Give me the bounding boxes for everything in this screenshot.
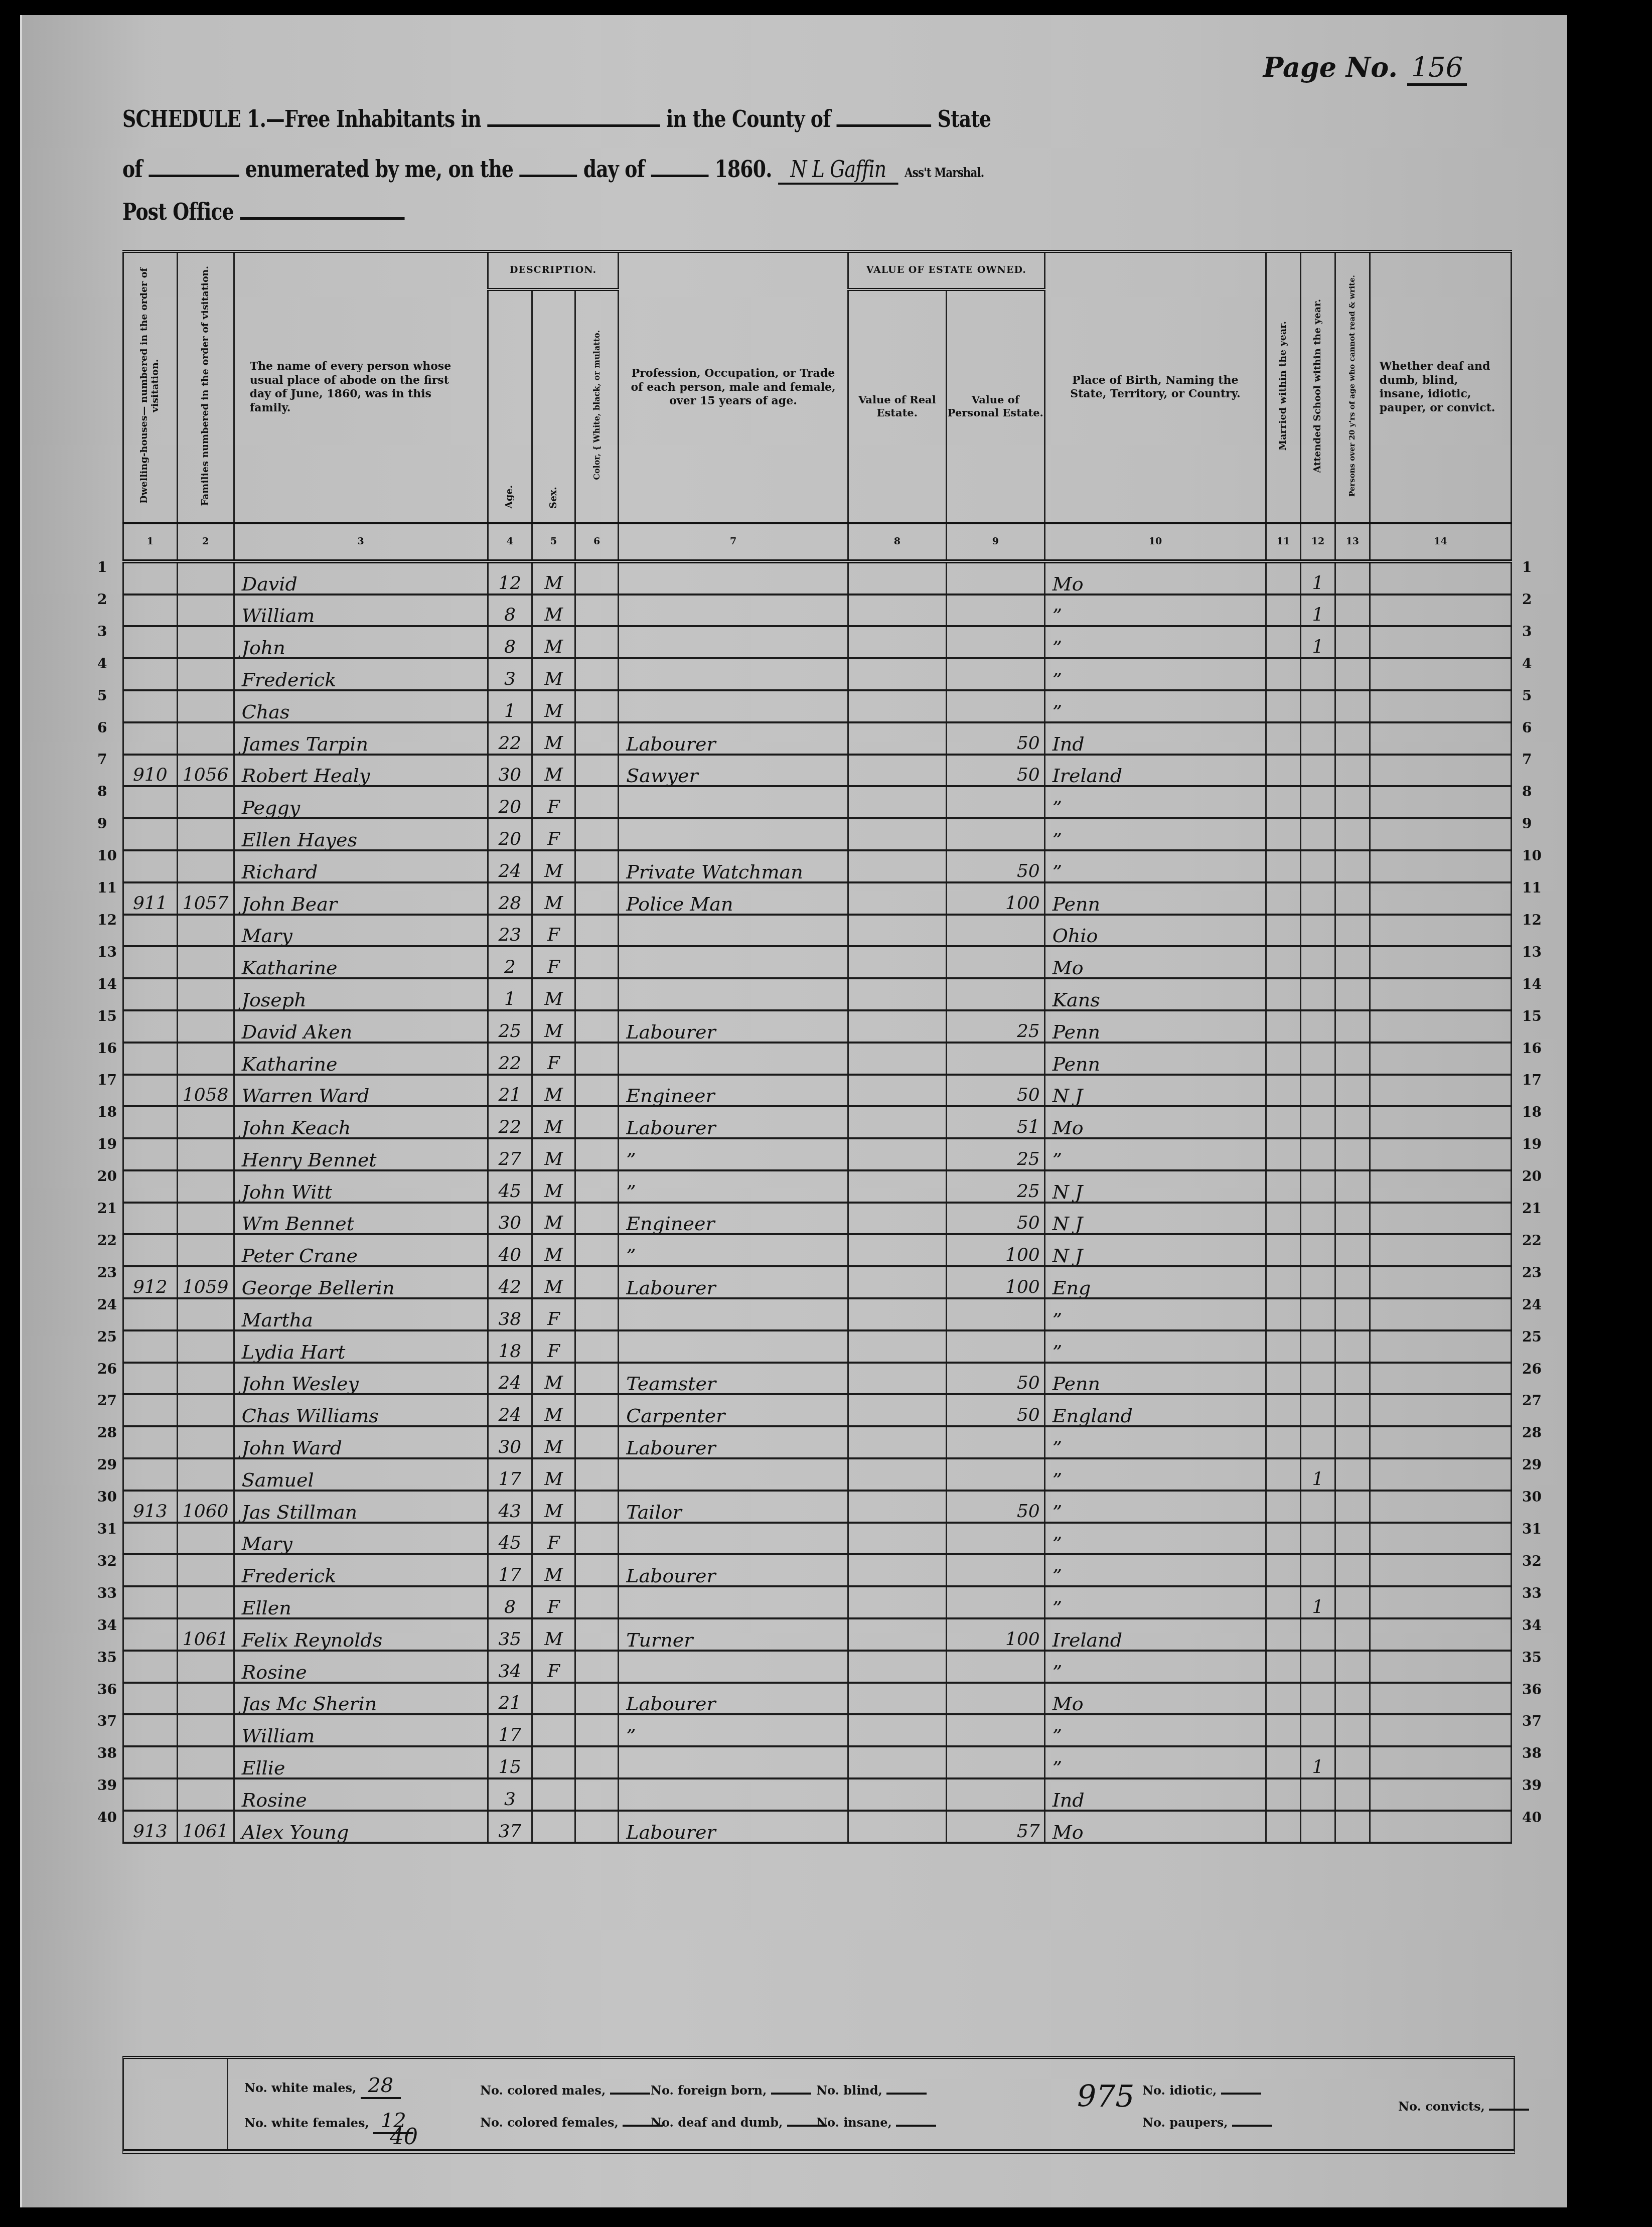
age: 17: [488, 1458, 532, 1491]
age: 27: [488, 1138, 532, 1170]
table-row: John Wesley24MTeamster50Penn: [123, 1363, 1512, 1395]
color: [575, 1618, 619, 1651]
row-number-right: 21: [1522, 1200, 1542, 1217]
person-name: John Bear: [234, 882, 488, 915]
total-persons-tally: 40: [390, 2124, 418, 2150]
personal-estate-value: 50: [946, 722, 1044, 755]
row-number-left: 37: [97, 1713, 117, 1729]
married-within-year: [1266, 1106, 1301, 1138]
condition: [1370, 1043, 1511, 1075]
row-number-right: 32: [1522, 1553, 1542, 1569]
row-number-left: 29: [97, 1456, 117, 1473]
family-number: 1060: [177, 1491, 234, 1523]
occupation: Labourer: [619, 1266, 848, 1298]
cannot-read-write: [1335, 1138, 1370, 1170]
real-estate-value: [848, 1458, 946, 1491]
family-number: [177, 1170, 234, 1203]
birthplace: ”: [1044, 1651, 1266, 1683]
birthplace: Penn: [1044, 1043, 1266, 1075]
age: 1: [488, 690, 532, 722]
person-name: Frederick: [234, 1554, 488, 1586]
married-within-year: [1266, 1298, 1301, 1330]
sex: F: [532, 1651, 575, 1683]
person-name: Katharine: [234, 946, 488, 978]
condition: [1370, 1106, 1511, 1138]
married-within-year: [1266, 1203, 1301, 1235]
married-within-year: [1266, 1778, 1301, 1811]
attended-school: [1301, 1618, 1335, 1651]
row-number-right: 38: [1522, 1745, 1542, 1761]
sex: M: [532, 1075, 575, 1107]
dwelling-number: 911: [123, 882, 178, 915]
sex: M: [532, 1491, 575, 1523]
occupation: Labourer: [619, 1811, 848, 1843]
row-number-left: 22: [97, 1232, 117, 1249]
color: [575, 1426, 619, 1458]
occupation: [619, 1330, 848, 1363]
condition: [1370, 755, 1511, 787]
color: [575, 1523, 619, 1555]
age: 34: [488, 1651, 532, 1683]
birthplace: N J: [1044, 1170, 1266, 1203]
col-header-family: Families numbered in the order of visita…: [177, 251, 234, 523]
married-within-year: [1266, 946, 1301, 978]
row-number-right: 30: [1522, 1489, 1542, 1505]
age: 30: [488, 1203, 532, 1235]
cannot-read-write: [1335, 561, 1370, 595]
age: 2: [488, 946, 532, 978]
age: 30: [488, 755, 532, 787]
table-row: William8M”1: [123, 595, 1512, 627]
sex: M: [532, 1266, 575, 1298]
dwelling-number: [123, 1523, 178, 1555]
family-number: 1061: [177, 1811, 234, 1843]
col-num-10: 10: [1044, 523, 1266, 561]
condition: [1370, 1554, 1511, 1586]
cannot-read-write: [1335, 1010, 1370, 1043]
sex: M: [532, 1394, 575, 1426]
deaf-dumb-count: No. deaf and dumb,: [651, 2115, 827, 2130]
condition: [1370, 1394, 1511, 1426]
row-number-left: 39: [97, 1777, 117, 1794]
person-name: Frederick: [234, 658, 488, 690]
sex: [532, 1683, 575, 1715]
real-estate-value: [848, 626, 946, 658]
col-num-8: 8: [848, 523, 946, 561]
married-within-year: [1266, 1811, 1301, 1843]
real-estate-value: [848, 1106, 946, 1138]
personal-estate-value: [946, 595, 1044, 627]
occupation: [619, 1778, 848, 1811]
family-number: [177, 1426, 234, 1458]
age: 22: [488, 722, 532, 755]
col-header-illiterate: Persons over 20 y'rs of age who cannot r…: [1335, 251, 1370, 523]
married-within-year: [1266, 850, 1301, 882]
row-number-left: 34: [97, 1617, 117, 1634]
married-within-year: [1266, 1010, 1301, 1043]
condition: [1370, 1010, 1511, 1043]
row-number-right: 7: [1522, 751, 1532, 768]
white-males-value: 28: [361, 2074, 401, 2099]
row-number-left: 17: [97, 1072, 117, 1088]
birthplace: ”: [1044, 626, 1266, 658]
married-within-year: [1266, 658, 1301, 690]
table-row: Frederick3M”: [123, 658, 1512, 690]
col-num-2: 2: [177, 523, 234, 561]
personal-estate-value: 100: [946, 882, 1044, 915]
occupation: [619, 915, 848, 947]
occupation: [619, 1651, 848, 1683]
occupation: [619, 1523, 848, 1555]
condition: [1370, 1586, 1511, 1618]
row-number-left: 11: [97, 879, 117, 896]
color: [575, 850, 619, 882]
personal-estate-value: 50: [946, 850, 1044, 882]
color: [575, 818, 619, 850]
sex: [532, 1778, 575, 1811]
table-row: 9131061Alex Young37Labourer57Mo: [123, 1811, 1512, 1843]
age: 30: [488, 1426, 532, 1458]
attended-school: [1301, 1298, 1335, 1330]
condition: [1370, 1746, 1511, 1778]
family-number: 1057: [177, 882, 234, 915]
attended-school: [1301, 1778, 1335, 1811]
married-within-year: [1266, 786, 1301, 818]
row-number-right: 14: [1522, 976, 1542, 992]
cannot-read-write: [1335, 882, 1370, 915]
row-number-left: 2: [97, 591, 107, 608]
married-within-year: [1266, 1138, 1301, 1170]
married-within-year: [1266, 1618, 1301, 1651]
cannot-read-write: [1335, 1811, 1370, 1843]
table-row: 9111057John Bear28MPolice Man100Penn: [123, 882, 1512, 915]
row-number-left: 12: [97, 912, 117, 928]
cannot-read-write: [1335, 755, 1370, 787]
attended-school: [1301, 882, 1335, 915]
real-estate-value: [848, 690, 946, 722]
personal-estate-value: [946, 1651, 1044, 1683]
age: 15: [488, 1746, 532, 1778]
row-number-right: 11: [1522, 879, 1542, 896]
personal-estate-value: [946, 1746, 1044, 1778]
census-page: Page No. 156 SCHEDULE 1.—Free Inhabitant…: [20, 15, 1567, 2207]
sex: F: [532, 1523, 575, 1555]
dwelling-number: [123, 658, 178, 690]
condition: [1370, 595, 1511, 627]
married-within-year: [1266, 1458, 1301, 1491]
age: 45: [488, 1523, 532, 1555]
occupation: Police Man: [619, 882, 848, 915]
occupation: ”: [619, 1234, 848, 1266]
personal-estate-value: 50: [946, 755, 1044, 787]
condition: [1370, 1138, 1511, 1170]
age: 1: [488, 978, 532, 1010]
table-row: Rosine34F”: [123, 1651, 1512, 1683]
dwelling-number: [123, 1746, 178, 1778]
birthplace: Mo: [1044, 1106, 1266, 1138]
age: 43: [488, 1491, 532, 1523]
condition: [1370, 1234, 1511, 1266]
dwelling-number: [123, 1586, 178, 1618]
dwelling-number: 910: [123, 755, 178, 787]
dwelling-number: 912: [123, 1266, 178, 1298]
row-number-right: 10: [1522, 847, 1542, 864]
married-within-year: [1266, 1330, 1301, 1363]
cannot-read-write: [1335, 1618, 1370, 1651]
column-number-row: 1 2 3 4 5 6 7 8 9 10 11 12 13 14: [123, 523, 1512, 561]
cannot-read-write: [1335, 1394, 1370, 1426]
married-within-year: [1266, 1075, 1301, 1107]
summary-footer: No. white males, 28 No. white females, 1…: [122, 2056, 1515, 2154]
age: 35: [488, 1618, 532, 1651]
row-number-right: 5: [1522, 687, 1532, 704]
birthplace: ”: [1044, 850, 1266, 882]
dwelling-number: [123, 1651, 178, 1683]
family-number: [177, 1683, 234, 1715]
family-number: [177, 1330, 234, 1363]
cannot-read-write: [1335, 850, 1370, 882]
birthplace: ”: [1044, 818, 1266, 850]
sex: M: [532, 690, 575, 722]
married-within-year: [1266, 1523, 1301, 1555]
person-name: Wm Bennet: [234, 1203, 488, 1235]
personal-estate-value: [946, 561, 1044, 595]
real-estate-value: [848, 1426, 946, 1458]
real-estate-value: [848, 1523, 946, 1555]
row-number-left: 4: [97, 655, 107, 672]
occupation: Labourer: [619, 1426, 848, 1458]
color: [575, 946, 619, 978]
cannot-read-write: [1335, 1746, 1370, 1778]
family-number: [177, 1234, 234, 1266]
header-line-1: SCHEDULE 1.—Free Inhabitants in in the C…: [122, 105, 991, 132]
real-estate-value: [848, 1618, 946, 1651]
cannot-read-write: [1335, 1106, 1370, 1138]
row-number-right: 29: [1522, 1456, 1542, 1473]
personal-estate-value: 25: [946, 1170, 1044, 1203]
birthplace: N J: [1044, 1075, 1266, 1107]
personal-estate-value: [946, 658, 1044, 690]
birthplace: Ind: [1044, 1778, 1266, 1811]
table-row: Chas1M”: [123, 690, 1512, 722]
sex: M: [532, 1618, 575, 1651]
attended-school: [1301, 690, 1335, 722]
condition: [1370, 1651, 1511, 1683]
color: [575, 1394, 619, 1426]
occupation: Carpenter: [619, 1394, 848, 1426]
col-num-1: 1: [123, 523, 178, 561]
personal-estate-value: [946, 1523, 1044, 1555]
person-name: Warren Ward: [234, 1075, 488, 1107]
family-number: [177, 786, 234, 818]
condition: [1370, 786, 1511, 818]
color: [575, 1170, 619, 1203]
personal-estate-value: 50: [946, 1075, 1044, 1107]
dwelling-number: [123, 1075, 178, 1107]
personal-estate-value: [946, 690, 1044, 722]
table-row: William17””: [123, 1714, 1512, 1746]
sex: M: [532, 1010, 575, 1043]
table-row: Katharine22FPenn: [123, 1043, 1512, 1075]
person-name: Rosine: [234, 1778, 488, 1811]
personal-estate-value: [946, 1458, 1044, 1491]
table-row: Henry Bennet27M”25”: [123, 1138, 1512, 1170]
real-estate-value: [848, 722, 946, 755]
real-estate-value: [848, 978, 946, 1010]
person-name: Rosine: [234, 1651, 488, 1683]
sex: M: [532, 850, 575, 882]
cannot-read-write: [1335, 1651, 1370, 1683]
dwelling-number: [123, 1106, 178, 1138]
row-number-right: 26: [1522, 1361, 1542, 1377]
attended-school: 1: [1301, 1586, 1335, 1618]
personal-estate-value: 50: [946, 1363, 1044, 1395]
attended-school: 1: [1301, 1746, 1335, 1778]
row-number-left: 3: [97, 623, 107, 640]
attended-school: [1301, 946, 1335, 978]
birthplace: ”: [1044, 1330, 1266, 1363]
col-num-9: 9: [946, 523, 1044, 561]
personal-estate-value: [946, 1586, 1044, 1618]
real-estate-value: [848, 595, 946, 627]
cannot-read-write: [1335, 722, 1370, 755]
cannot-read-write: [1335, 1683, 1370, 1715]
cannot-read-write: [1335, 1778, 1370, 1811]
color: [575, 1266, 619, 1298]
real-estate-value: [848, 1363, 946, 1395]
row-number-left: 7: [97, 751, 107, 768]
col-header-dwelling: Dwelling-houses— numbered in the order o…: [123, 251, 178, 523]
birthplace: ”: [1044, 1714, 1266, 1746]
age: 17: [488, 1714, 532, 1746]
family-number: [177, 1043, 234, 1075]
family-number: [177, 1106, 234, 1138]
sex: F: [532, 1586, 575, 1618]
dwelling-number: [123, 1203, 178, 1235]
attended-school: [1301, 1170, 1335, 1203]
occupation: Engineer: [619, 1203, 848, 1235]
sex: M: [532, 595, 575, 627]
person-name: Robert Healy: [234, 755, 488, 787]
person-name: Katharine: [234, 1043, 488, 1075]
row-number-right: 34: [1522, 1617, 1542, 1634]
birthplace: ”: [1044, 1458, 1266, 1491]
real-estate-value: [848, 1234, 946, 1266]
row-number-left: 36: [97, 1681, 117, 1698]
dwelling-number: [123, 1330, 178, 1363]
row-number-right: 2: [1522, 591, 1532, 608]
color: [575, 1458, 619, 1491]
person-name: Ellie: [234, 1746, 488, 1778]
condition: [1370, 1426, 1511, 1458]
age: 18: [488, 1330, 532, 1363]
person-name: Joseph: [234, 978, 488, 1010]
sex: M: [532, 882, 575, 915]
blind-count: No. blind,: [816, 2083, 927, 2098]
married-within-year: [1266, 818, 1301, 850]
person-name: James Tarpin: [234, 722, 488, 755]
row-number-left: 40: [97, 1809, 117, 1826]
condition: [1370, 1523, 1511, 1555]
person-name: Peter Crane: [234, 1234, 488, 1266]
table-row: John Ward30MLabourer”: [123, 1426, 1512, 1458]
month-field: [651, 160, 708, 177]
condition: [1370, 722, 1511, 755]
person-name: Ellen Hayes: [234, 818, 488, 850]
cannot-read-write: [1335, 818, 1370, 850]
row-number-right: 28: [1522, 1424, 1542, 1441]
col-header-name: The name of every person whose usual pla…: [234, 251, 488, 523]
real-estate-value: [848, 882, 946, 915]
occupation: Labourer: [619, 1010, 848, 1043]
condition: [1370, 1778, 1511, 1811]
birthplace: Penn: [1044, 882, 1266, 915]
attended-school: [1301, 786, 1335, 818]
attended-school: [1301, 978, 1335, 1010]
occupation: Turner: [619, 1618, 848, 1651]
age: 28: [488, 882, 532, 915]
color: [575, 690, 619, 722]
condition: [1370, 1811, 1511, 1843]
family-number: [177, 978, 234, 1010]
row-number-right: 25: [1522, 1328, 1542, 1345]
personal-estate-value: 50: [946, 1203, 1044, 1235]
header-line-2: of enumerated by me, on the day of 1860.…: [122, 156, 984, 183]
sex: M: [532, 1426, 575, 1458]
person-name: John: [234, 626, 488, 658]
table-row: Samuel17M”1: [123, 1458, 1512, 1491]
personal-estate-value: [946, 786, 1044, 818]
color: [575, 1363, 619, 1395]
attended-school: [1301, 1683, 1335, 1715]
color: [575, 1106, 619, 1138]
of-label: of: [122, 156, 142, 183]
sex: F: [532, 1043, 575, 1075]
occupation: ”: [619, 1170, 848, 1203]
birthplace: ”: [1044, 786, 1266, 818]
color: [575, 1043, 619, 1075]
family-number: [177, 626, 234, 658]
county-field: [837, 109, 932, 127]
personal-estate-value: 100: [946, 1266, 1044, 1298]
condition: [1370, 561, 1511, 595]
color: [575, 1491, 619, 1523]
person-name: Richard: [234, 850, 488, 882]
married-within-year: [1266, 882, 1301, 915]
occupation: [619, 786, 848, 818]
person-name: John Witt: [234, 1170, 488, 1203]
row-number-left: 9: [97, 815, 107, 832]
occupation: Labourer: [619, 1106, 848, 1138]
real-estate-value: [848, 1010, 946, 1043]
age: 21: [488, 1683, 532, 1715]
row-number-left: 14: [97, 976, 117, 992]
age: 8: [488, 1586, 532, 1618]
table-row: Martha38F”: [123, 1298, 1512, 1330]
year-label: 1860.: [714, 156, 772, 183]
sex: M: [532, 1170, 575, 1203]
sex: F: [532, 1298, 575, 1330]
cannot-read-write: [1335, 1714, 1370, 1746]
dwelling-number: [123, 1170, 178, 1203]
table-row: Chas Williams24MCarpenter50England: [123, 1394, 1512, 1426]
color: [575, 1234, 619, 1266]
color: [575, 1138, 619, 1170]
married-within-year: [1266, 1586, 1301, 1618]
table-row: Jas Mc Sherin21LabourerMo: [123, 1683, 1512, 1715]
attended-school: [1301, 1234, 1335, 1266]
real-estate-value: [848, 1683, 946, 1715]
